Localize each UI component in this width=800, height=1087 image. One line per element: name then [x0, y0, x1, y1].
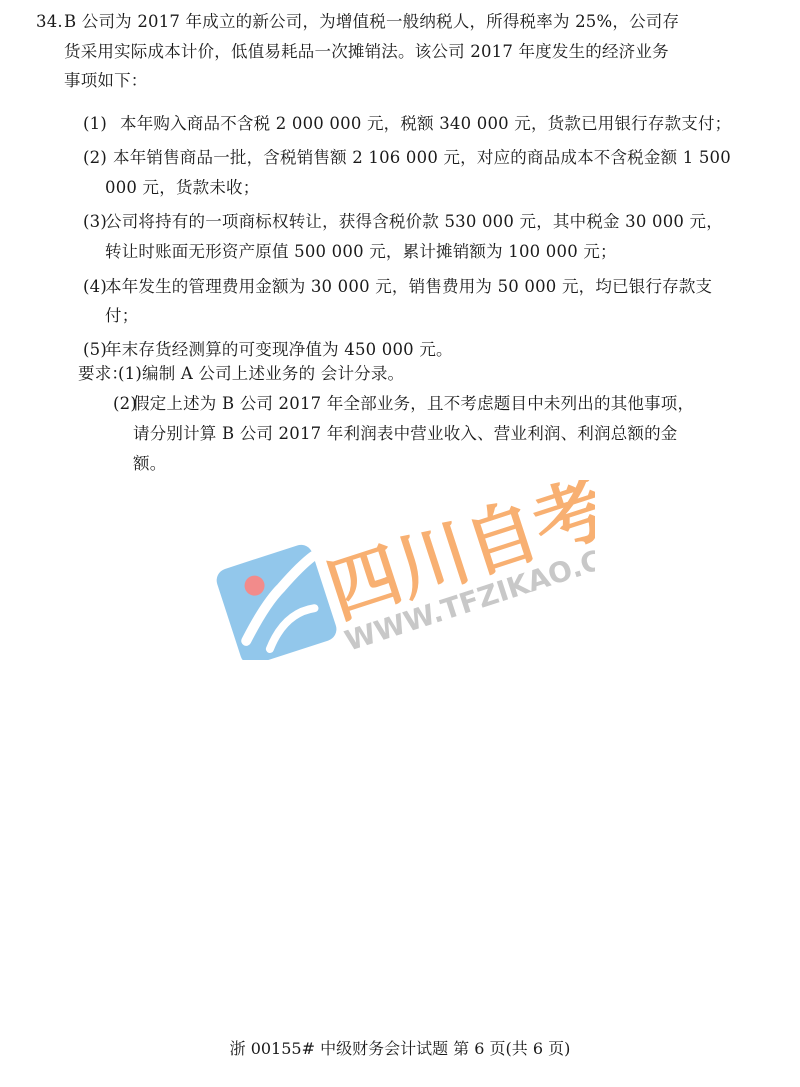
watermark-logo: 四川自考网 WWW.TFZIKAO.COM: [215, 480, 595, 660]
page-footer: 浙 00155# 中级财务会计试题 第 6 页(共 6 页): [0, 1036, 800, 1059]
question-intro-line-2: 货采用实际成本计价，低值易耗品一次摊销法。该公司 2017 年度发生的经济业务: [64, 42, 669, 62]
item-4-line-2: 付；: [105, 306, 138, 326]
question-intro-line-3: 事项如下：: [64, 71, 148, 91]
item-1-line-1: 本年购入商品不含税 2 000 000 元，税额 340 000 元，货款已用银…: [120, 114, 731, 134]
requirement-2-line-2: 请分别计算 B 公司 2017 年利润表中营业收入、营业利润、利润总额的金: [133, 424, 678, 444]
question-number: 34.: [36, 12, 63, 32]
requirement-2-line-1: 假定上述为 B 公司 2017 年全部业务，且不考虑题目中未列出的其他事项，: [133, 394, 694, 414]
requirement-1-line-1: 编制 A 公司上述业务的 会计分录。: [142, 364, 404, 384]
item-3-line-2: 转让时账面无形资产原值 500 000 元，累计摊销额为 100 000 元；: [105, 242, 617, 262]
exam-page: 34. B 公司为 2017 年成立的新公司，为增值税一般纳税人，所得税率为 2…: [0, 0, 800, 1087]
requirement-1-label: (1): [118, 364, 142, 384]
requirement-2-line-3: 额。: [133, 454, 166, 474]
item-5-label: (5): [83, 340, 107, 360]
item-4-line-1: 本年发生的管理费用金额为 30 000 元，销售费用为 50 000 元，均已银…: [105, 277, 712, 297]
item-1-label: (1): [83, 114, 107, 134]
item-2-line-2: 000 元，货款未收；: [105, 178, 259, 198]
question-intro-line-1: B 公司为 2017 年成立的新公司，为增值税一般纳税人，所得税率为 25%，公…: [64, 12, 679, 32]
item-4-label: (4): [83, 277, 107, 297]
item-3-label: (3): [83, 212, 107, 232]
item-2-label: (2): [83, 148, 107, 168]
item-3-line-1: 公司将持有的一项商标权转让，获得含税价款 530 000 元，其中税金 30 0…: [105, 212, 723, 232]
item-2-line-1: 本年销售商品一批，含税销售额 2 106 000 元，对应的商品成本不含税金额 …: [113, 148, 731, 168]
item-5-line-1: 年末存货经测算的可变现净值为 450 000 元。: [105, 340, 453, 360]
